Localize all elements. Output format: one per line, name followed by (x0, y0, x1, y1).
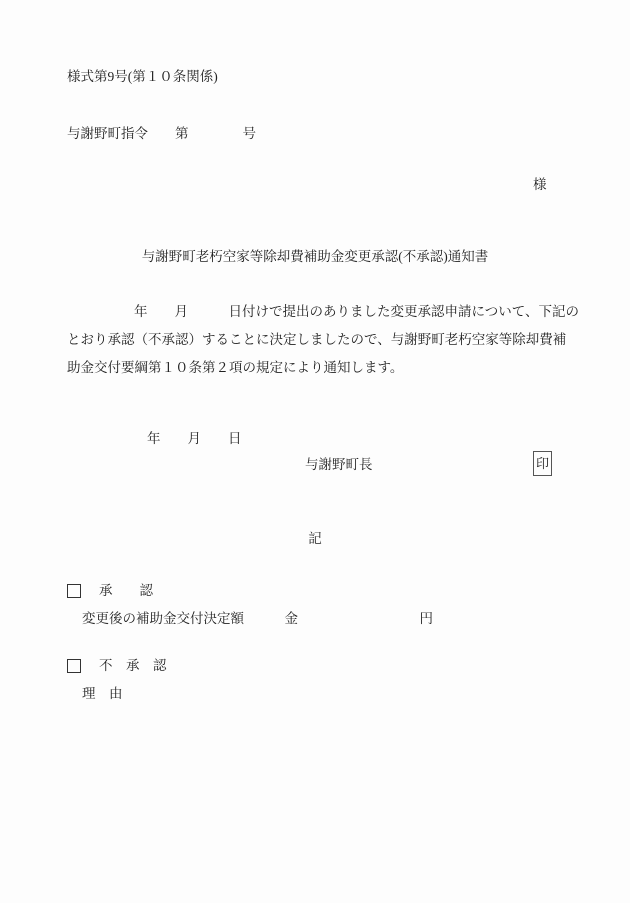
approval-row: 承 認 (67, 582, 153, 599)
seal-box: 印 (533, 451, 552, 476)
document-page: 様式第9号(第１０条関係) 与謝野町指令 第 号 様 与謝野町老朽空家等除却費補… (0, 0, 630, 903)
form-number: 様式第9号(第１０条関係) (67, 68, 218, 85)
approval-label: 承 認 (99, 582, 153, 599)
addressee-honorific: 様 (533, 176, 547, 193)
record-heading: 記 (0, 530, 630, 547)
issue-date-line: 年 月 日 (147, 430, 242, 447)
approval-amount-line: 変更後の補助金交付決定額 金 円 (82, 610, 433, 627)
body-line-3: 助金交付要綱第１０条第２項の規定により通知します。 (67, 359, 403, 376)
directive-number-line: 与謝野町指令 第 号 (67, 125, 256, 142)
disapproval-reason-label: 理 由 (82, 685, 123, 702)
signer-title: 与謝野町長 (305, 456, 373, 473)
body-line-1: 年 月 日付けで提出のありました変更承認申請について、下記の (134, 303, 579, 320)
disapproval-row: 不 承 認 (67, 657, 167, 674)
seal-label: 印 (536, 457, 549, 470)
disapproval-label: 不 承 認 (99, 657, 167, 674)
approval-checkbox[interactable] (67, 584, 81, 598)
document-title: 与謝野町老朽空家等除却費補助金変更承認(不承認)通知書 (0, 248, 630, 265)
disapproval-checkbox[interactable] (67, 659, 81, 673)
body-line-2: とおり承認（不承認）することに決定しましたので、与謝野町老朽空家等除却費補 (67, 331, 566, 348)
